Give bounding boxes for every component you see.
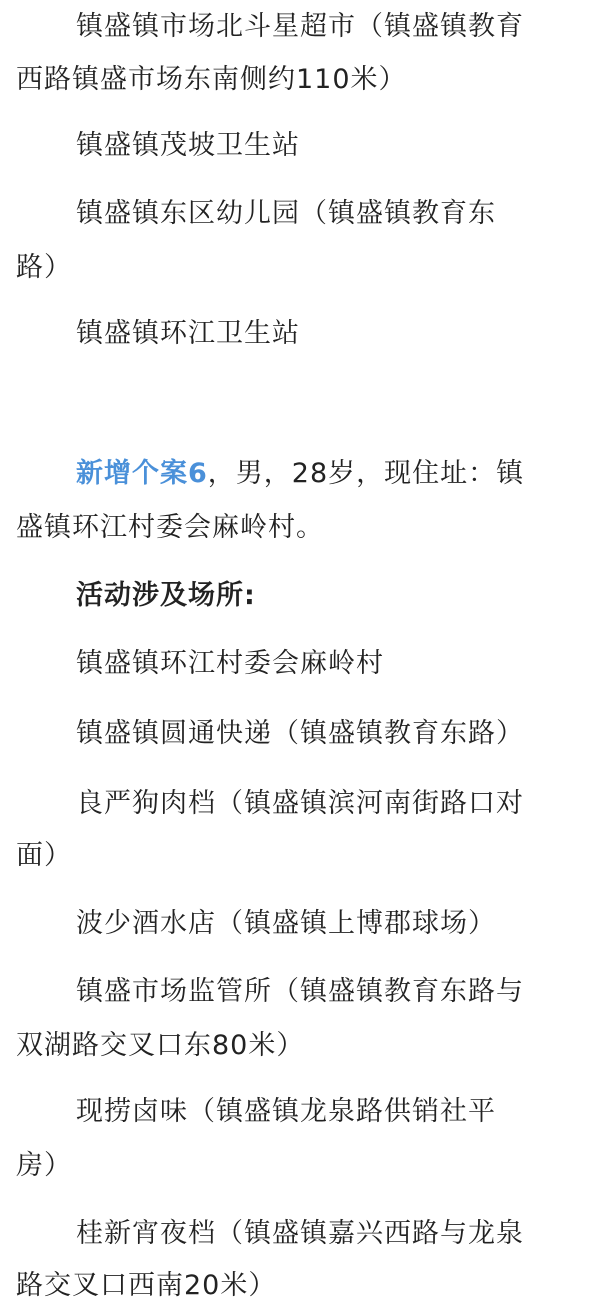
place-item-line: 路）: [16, 250, 72, 286]
place-item-line: 西路镇盛市场东南侧约110米）: [16, 62, 407, 98]
place-item-line: 房）: [16, 1148, 72, 1184]
place-item-line: 镇盛市场监管所（镇盛镇教育东路与: [76, 974, 524, 1010]
place-item-line: 镇盛镇环江卫生站: [76, 316, 300, 352]
case-address-line: 盛镇环江村委会麻岭村。: [16, 510, 324, 546]
place-item-line: 现捞卤味（镇盛镇龙泉路供销社平: [76, 1094, 496, 1130]
place-item-line: 波少酒水店（镇盛镇上博郡球场）: [76, 906, 496, 942]
place-item-line: 良严狗肉档（镇盛镇滨河南街路口对: [76, 786, 524, 822]
places-heading: 活动涉及场所:: [76, 578, 256, 614]
place-item-line: 镇盛镇环江村委会麻岭村: [76, 646, 384, 682]
place-item-line: 镇盛镇茂坡卫生站: [76, 128, 300, 164]
place-item-line: 镇盛镇东区幼儿园（镇盛镇教育东: [76, 196, 496, 232]
place-item-line: 面）: [16, 838, 72, 874]
place-item-line: 桂新宵夜档（镇盛镇嘉兴西路与龙泉: [76, 1216, 524, 1252]
place-item-line: 路交叉口西南20米）: [16, 1268, 276, 1304]
case-details: ，男，28岁，现住址：镇: [208, 458, 524, 489]
case-label: 新增个案6: [76, 458, 208, 489]
place-item-line: 镇盛镇圆通快递（镇盛镇教育东路）: [76, 716, 524, 752]
case-intro-line: 新增个案6，男，28岁，现住址：镇: [76, 456, 524, 492]
place-item-line: 镇盛镇市场北斗星超市（镇盛镇教育: [76, 9, 524, 45]
place-item-line: 双湖路交叉口东80米）: [16, 1028, 304, 1064]
